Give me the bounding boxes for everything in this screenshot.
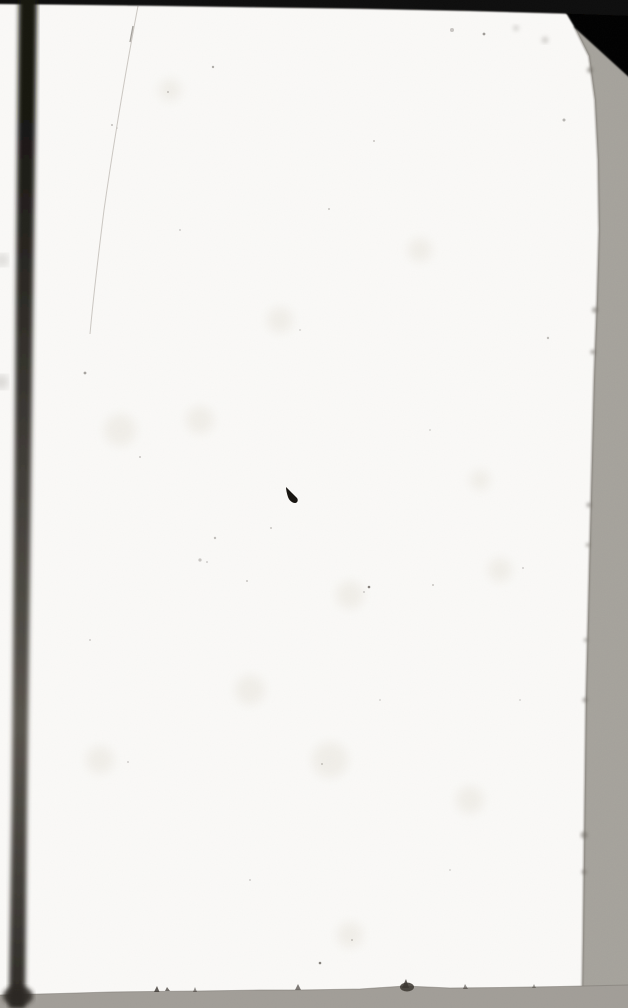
scanned-book-page: Scanned blank verso page of an old book:… <box>0 0 628 1008</box>
scan-artwork <box>0 0 628 1008</box>
scan-grain-overlay <box>0 0 628 1008</box>
